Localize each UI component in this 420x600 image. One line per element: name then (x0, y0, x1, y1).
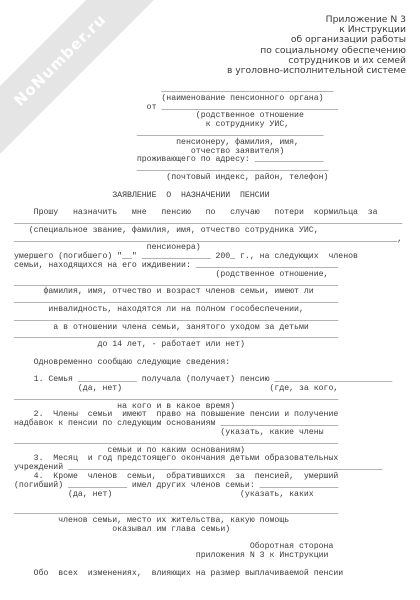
document-page: NoNumber.ru Приложение N 3к Инструкцииоб… (0, 0, 420, 600)
document-line: (почтовый индекс, район, телефон) (14, 174, 402, 183)
document-line: ЗАЯВЛЕНИЕ О НАЗНАЧЕНИИ ПЕНСИИ (14, 192, 402, 201)
document-line: до 14 лет, - работает или нет) (14, 341, 402, 350)
document-body: ___________________________________ (наи… (14, 86, 402, 579)
document-line: приложения N 3 к Инструкции (14, 552, 402, 561)
header-line: в уголовно-исполнительной системе (14, 66, 406, 76)
document-line: оказывал им глава семьи) (14, 526, 402, 535)
document-line: Обо всех изменениях, влияющих на размер … (14, 570, 402, 579)
document-header: Приложение N 3к Инструкцииоб организации… (14, 15, 406, 76)
document-line: (да, нет) (указать, каких (14, 491, 402, 500)
document-line: Одновременно сообщаю следующие сведения: (14, 359, 402, 368)
